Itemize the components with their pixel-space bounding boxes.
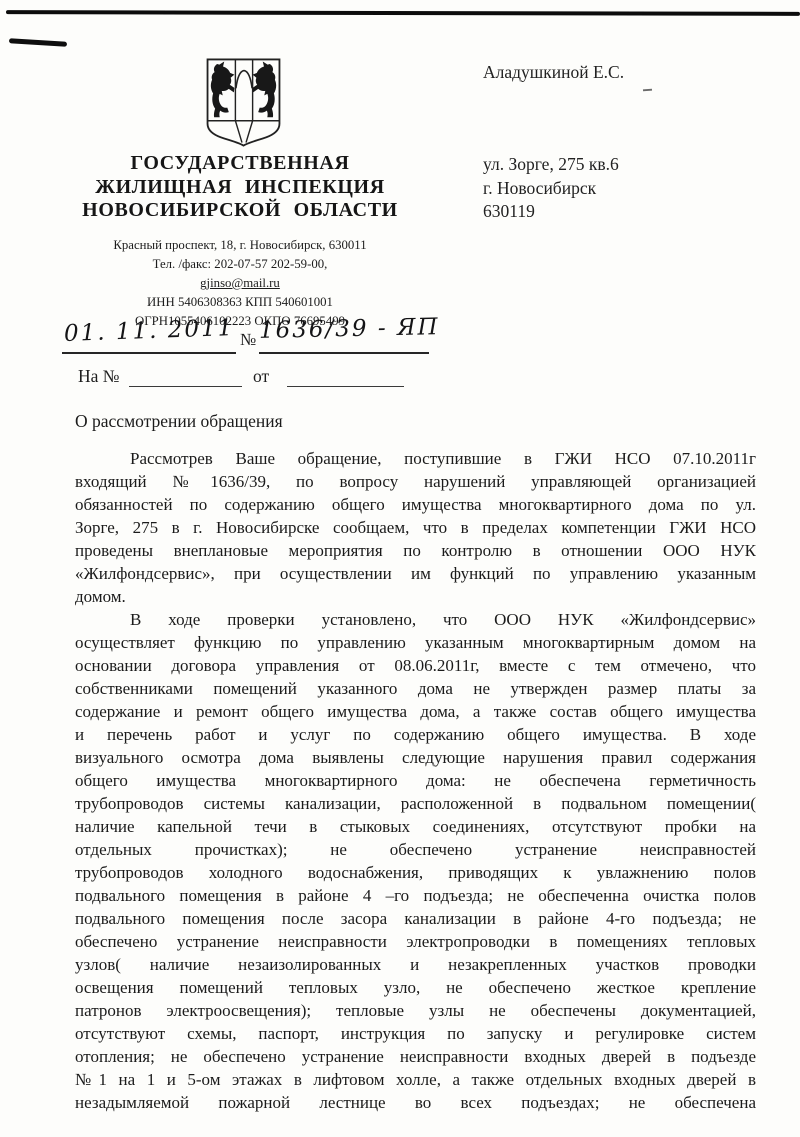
reference-date-blank [287, 366, 404, 387]
body-line: Рассмотрев Ваше обращение, поступившие в… [75, 449, 756, 472]
body-line: трубопроводов холодного водоснабжения, п… [75, 863, 756, 886]
body-line: отопления; не обеспечено устранение неис… [75, 1047, 756, 1070]
org-name-line-1: ГОСУДАРСТВЕННАЯ [68, 152, 412, 176]
handwritten-date: 01. 11. 2011 [63, 315, 234, 347]
org-phone: Тел. /факс: 202-07-57 202-59-00, [68, 255, 412, 274]
body-line: подвального помещения после засора канал… [75, 909, 756, 932]
recipient-address: ул. Зорге, 275 кв.6 г. Новосибирск 63011… [483, 153, 619, 224]
body-line: узлов( наличие незаизолированных и незак… [75, 955, 756, 978]
body-line: отсутствуют схемы, паспорт, инструкция п… [75, 1024, 756, 1047]
body-line: трубопроводов системы канализации, распо… [75, 794, 756, 817]
org-name-line-3: НОВОСИБИРСКОЙ ОБЛАСТИ [68, 199, 412, 223]
scan-artifact-top-line [6, 10, 800, 16]
recipient-postcode: 630119 [483, 200, 619, 224]
outgoing-date-field: 01. 11. 2011 [62, 318, 236, 354]
letter-subject: О рассмотрении обращения [75, 411, 283, 432]
body-line: обеспечено устранение неисправности элек… [75, 932, 756, 955]
reference-number-blank [129, 366, 242, 387]
body-line: домом. [75, 587, 756, 610]
number-sign-label: № [240, 330, 256, 350]
body-line: осуществляет функцию по управлению указа… [75, 633, 756, 656]
body-line: основании договора управления от 08.06.2… [75, 656, 756, 679]
org-postal-address: Красный проспект, 18, г. Новосибирск, 63… [68, 236, 412, 255]
body-line: собственниками помещений указанного дома… [75, 679, 756, 702]
body-line: незадымляемой пожарной лестнице во всех … [75, 1093, 756, 1116]
body-text: Рассмотрев Ваше обращение, поступившие в… [75, 449, 756, 1116]
body-line: «Жилфондсервис», при осуществлении им фу… [75, 564, 756, 587]
org-email: gjinso@mail.ru [68, 274, 412, 293]
body-line: патронов электроосвещения); тепловые узл… [75, 1001, 756, 1024]
body-line: Зорге, 275 в г. Новосибирске сообщаем, ч… [75, 518, 756, 541]
body-line: освещения помещений тепловых узло, не об… [75, 978, 756, 1001]
body-line: отдельных прочистках); не обеспечено уст… [75, 840, 756, 863]
scan-artifact-small-dash [643, 89, 652, 92]
recipient-name: Аладушкиной Е.С. [483, 62, 624, 83]
body-line: и перечень работ и услуг по содержанию о… [75, 725, 756, 748]
outgoing-number-field: 1636/39 - ЯП [259, 316, 429, 354]
novosibirsk-coat-of-arms-icon [205, 56, 282, 147]
recipient-city: г. Новосибирск [483, 177, 619, 201]
reference-na-no-label: На № [78, 366, 119, 387]
body-line: визуального осмотра дома выявлены следую… [75, 748, 756, 771]
body-line: №1 на 1 и 5-ом этажах в лифтовом холле, … [75, 1070, 756, 1093]
body-line: наличие капельной течи в стыковых соедин… [75, 817, 756, 840]
body-line: подвального помещения в районе 4 –го под… [75, 886, 756, 909]
body-line: проведены внеплановые мероприятия по кон… [75, 541, 756, 564]
body-line: В ходе проверки установлено, что ООО НУК… [75, 610, 756, 633]
body-line: обязанностей по содержанию общего имущес… [75, 495, 756, 518]
scanned-letter-page: Аладушкиной Е.С. ГОСУДАРСТВЕННАЯ ЖИЛИЩНА… [0, 0, 800, 1137]
scan-artifact-left-dash [9, 38, 67, 47]
org-name-line-2: ЖИЛИЩНАЯ ИНСПЕКЦИЯ [68, 176, 412, 200]
org-inn-kpp: ИНН 5406308363 КПП 540601001 [68, 293, 412, 312]
reference-ot-label: от [253, 366, 269, 387]
handwritten-number: 1636/39 - ЯП [259, 314, 440, 344]
body-line: общего имущества многоквартирного дома: … [75, 771, 756, 794]
recipient-street: ул. Зорге, 275 кв.6 [483, 153, 619, 177]
org-name: ГОСУДАРСТВЕННАЯ ЖИЛИЩНАЯ ИНСПЕКЦИЯ НОВОС… [68, 152, 412, 223]
body-line: содержание и ремонт общего имущества дом… [75, 702, 756, 725]
body-line: входящий №1636/39, по вопросу нарушений … [75, 472, 756, 495]
